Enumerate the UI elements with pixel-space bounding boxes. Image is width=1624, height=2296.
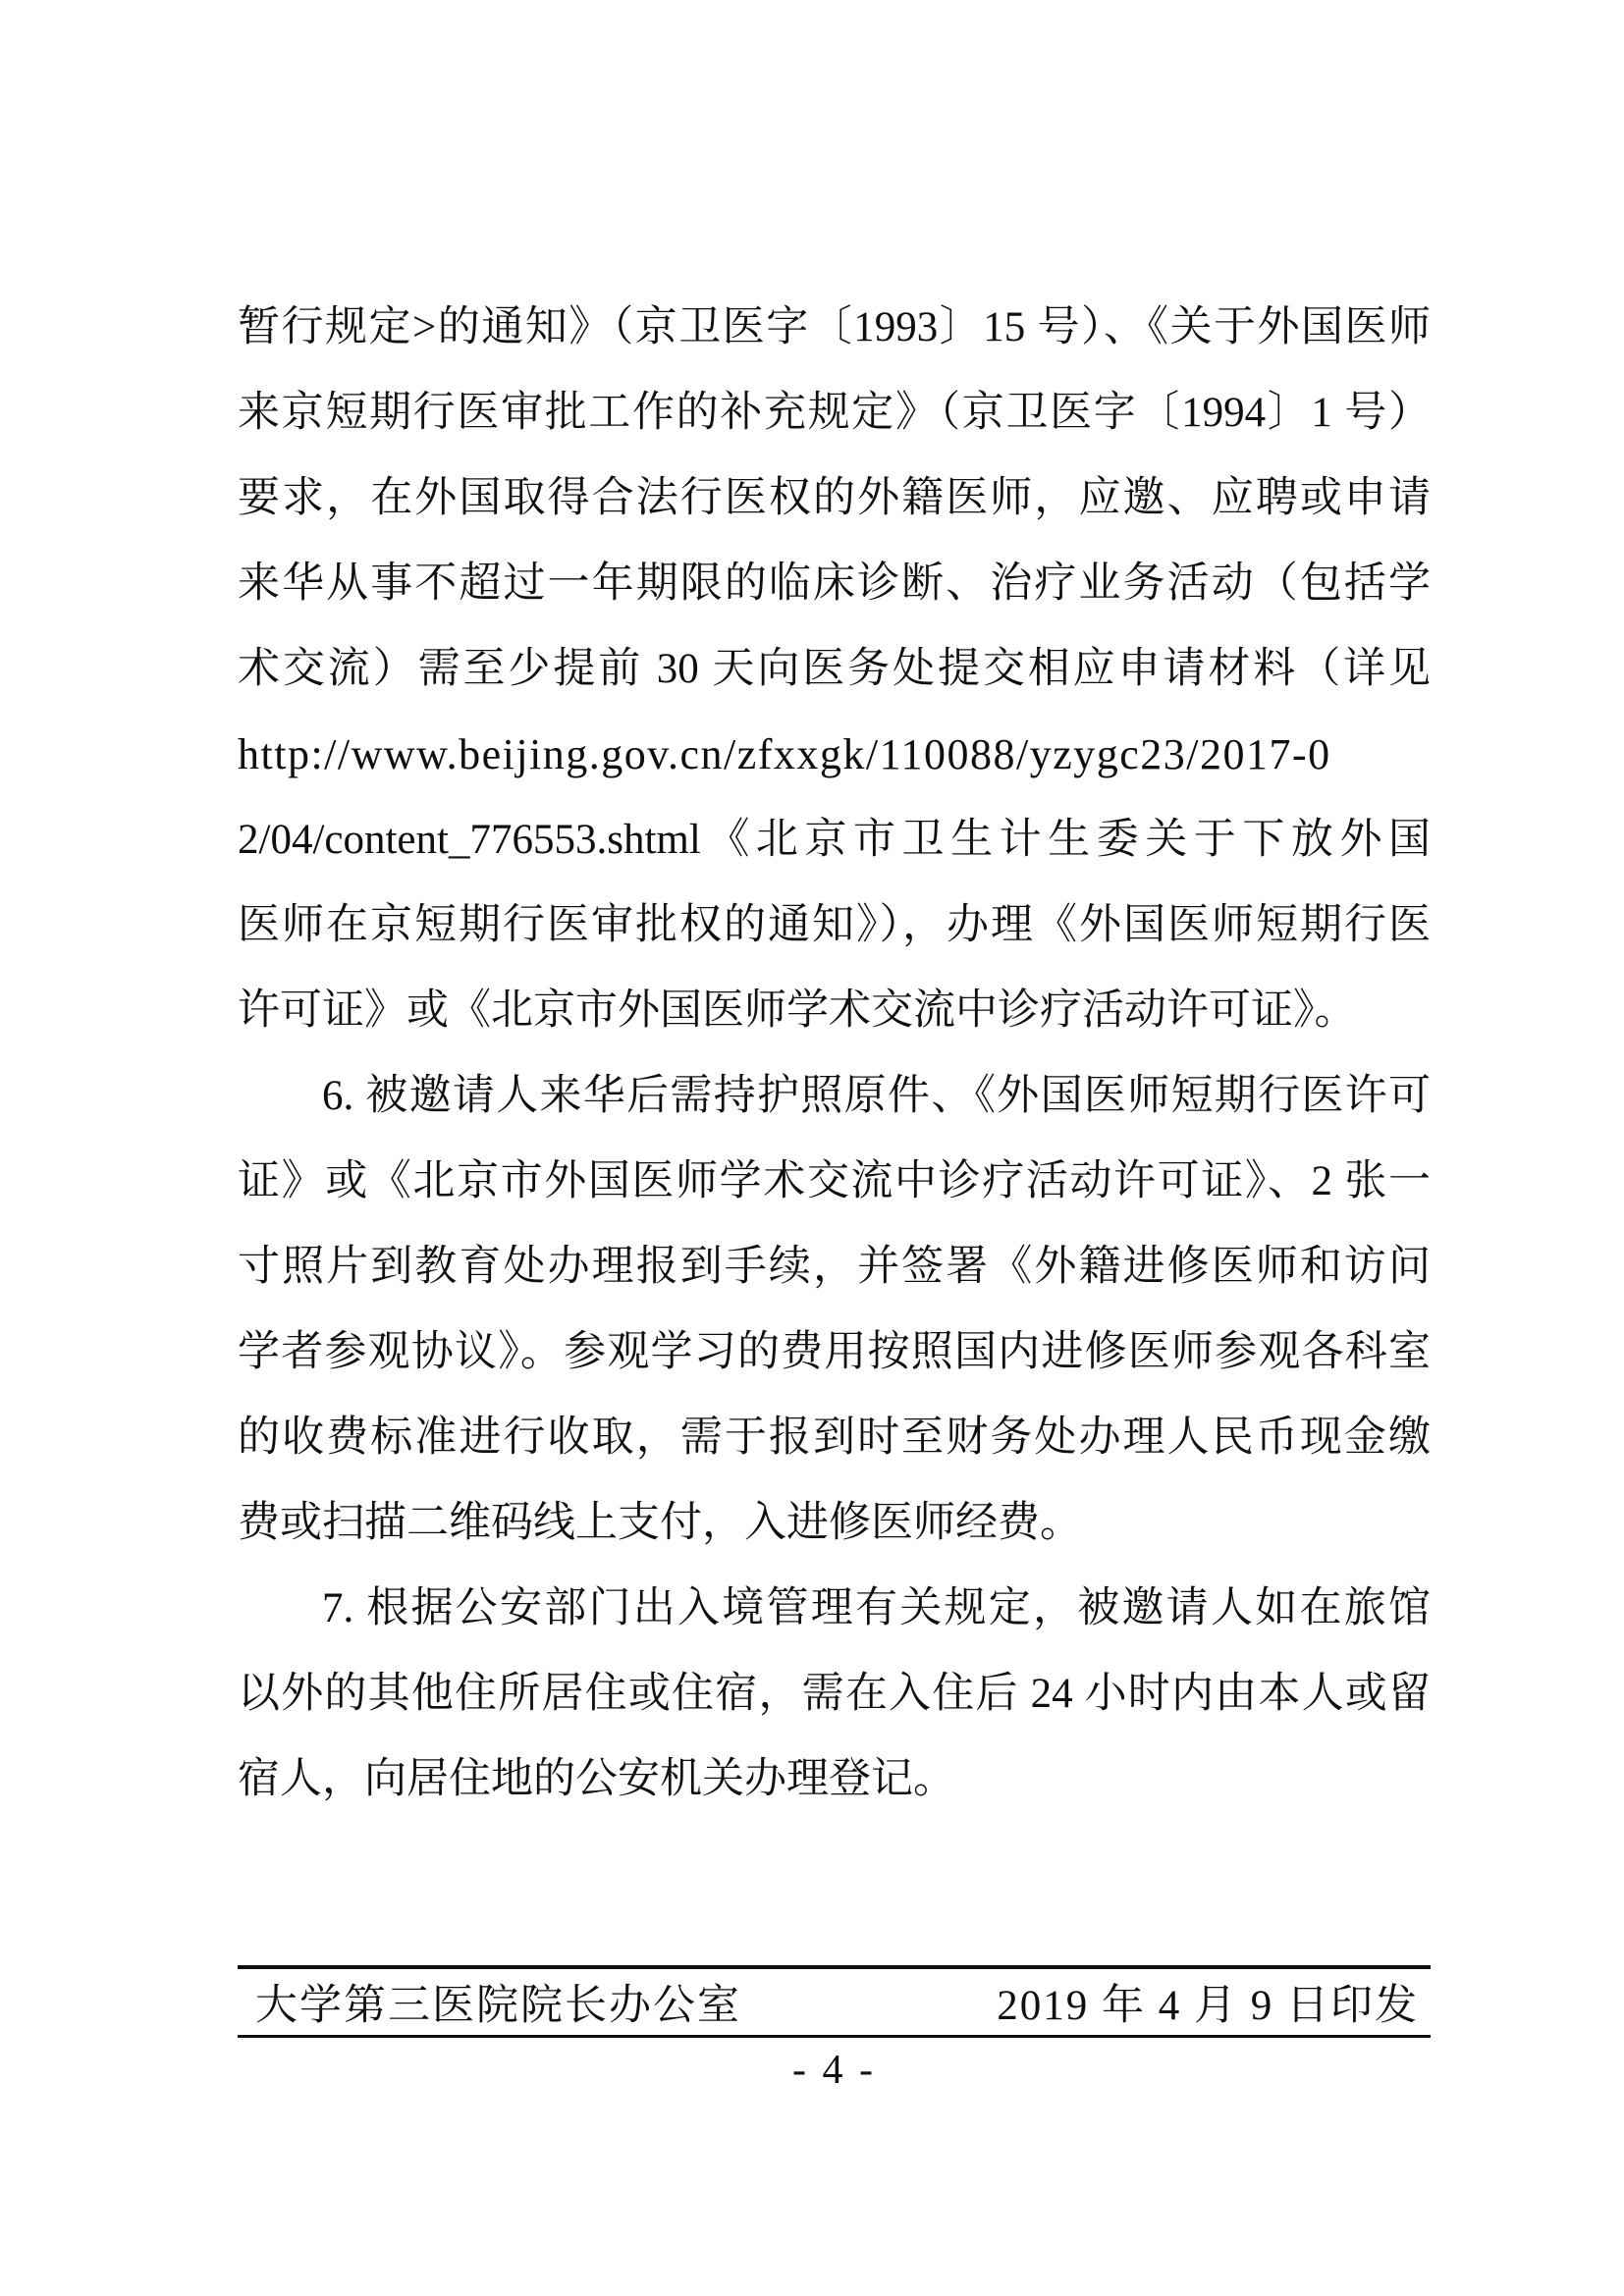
body-line-item-6: 6. 被邀请人来华后需持护照原件、《外国医师短期行医许可 (238, 1053, 1431, 1139)
body-line: 要求，在外国取得合法行医权的外籍医师，应邀、应聘或申请 (238, 455, 1431, 541)
document-body: 暂行规定>的通知》（京卫医字〔1993〕15 号）、《关于外国医师 来京短期行医… (238, 285, 1431, 1822)
body-line: 来京短期行医审批工作的补充规定》（京卫医字〔1994〕1 号） (238, 370, 1431, 455)
body-line: 来华从事不超过一年期限的临床诊断、治疗业务活动（包括学 (238, 541, 1431, 626)
body-line: 证》或《北京市外国医师学术交流中诊疗活动许可证》、2 张一 (238, 1139, 1431, 1224)
body-line: 2/04/content_776553.shtml《北京市卫生计生委关于下放外国 (238, 797, 1431, 882)
body-line: 宿人，向居住地的公安机关办理登记。 (238, 1736, 1431, 1822)
body-line: 暂行规定>的通知》（京卫医字〔1993〕15 号）、《关于外国医师 (238, 285, 1431, 370)
print-date: 2019 年 4 月 9 日印发 (997, 1972, 1419, 2032)
body-line: 以外的其他住所居住或住宿，需在入住后 24 小时内由本人或留 (238, 1651, 1431, 1736)
text-column: 暂行规定>的通知》（京卫医字〔1993〕15 号）、《关于外国医师 来京短期行医… (238, 0, 1431, 2296)
body-line: 术交流）需至少提前 30 天向医务处提交相应申请材料（详见 (238, 626, 1431, 712)
body-line: 的收费标准进行收取，需于报到时至财务处办理人民币现金缴 (238, 1395, 1431, 1480)
body-line-url: http://www.beijing.gov.cn/zfxxgk/110088/… (238, 712, 1431, 797)
body-line: 学者参观协议》。参观学习的费用按照国内进修医师参观各科室 (238, 1309, 1431, 1395)
page-number: - 4 - (238, 2047, 1431, 2094)
body-line: 医师在京短期行医审批权的通知》），办理《外国医师短期行医 (238, 882, 1431, 968)
footer-bottom-rule (238, 2035, 1431, 2038)
issuing-office: 大学第三医院院长办公室 (255, 1972, 741, 2032)
body-line: 寸照片到教育处办理报到手续，并签署《外籍进修医师和访问 (238, 1224, 1431, 1309)
document-page: 暂行规定>的通知》（京卫医字〔1993〕15 号）、《关于外国医师 来京短期行医… (0, 0, 1624, 2296)
footer-row: 大学第三医院院长办公室 2019 年 4 月 9 日印发 (238, 1969, 1431, 2035)
page-footer: 大学第三医院院长办公室 2019 年 4 月 9 日印发 (238, 1965, 1431, 2038)
body-line: 费或扫描二维码线上支付，入进修医师经费。 (238, 1480, 1431, 1566)
body-line: 许可证》或《北京市外国医师学术交流中诊疗活动许可证》。 (238, 968, 1431, 1053)
body-line-item-7: 7. 根据公安部门出入境管理有关规定，被邀请人如在旅馆 (238, 1566, 1431, 1651)
